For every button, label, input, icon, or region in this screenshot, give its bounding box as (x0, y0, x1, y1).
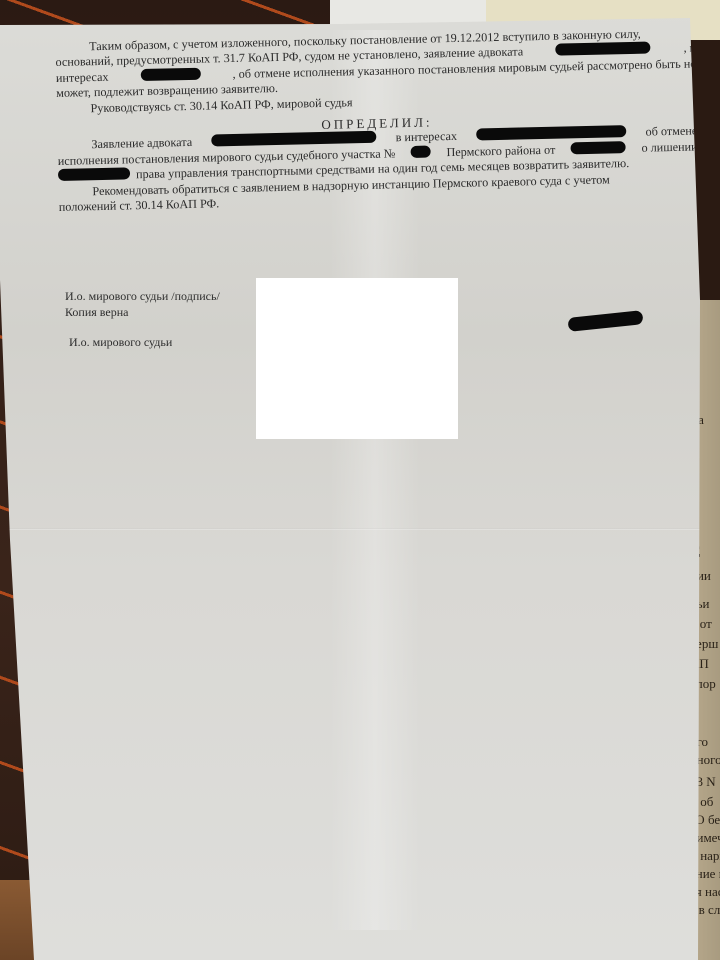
copy-certified-line: Копия верна (65, 304, 220, 320)
text: , в (683, 41, 695, 57)
document-body: Таким образом, с учетом изложенного, пос… (55, 25, 699, 215)
redaction-mark (476, 126, 626, 141)
redaction-mark (411, 145, 431, 157)
text: интересах (56, 70, 109, 87)
redaction-mark (556, 42, 651, 56)
acting-judge-line: И.о. мирового судьи (65, 334, 220, 350)
signature-block: И.о. мирового судьи /подпись/ Копия верн… (65, 288, 220, 350)
paper-fold (0, 528, 720, 530)
text: о лишении (641, 139, 697, 156)
judge-signature-line: И.о. мирового судьи /подпись/ (65, 288, 220, 304)
text: положений ст. 30.14 КоАП РФ. (59, 196, 220, 215)
redaction-mark (58, 168, 130, 182)
text: об отмене (645, 124, 697, 141)
redaction-mark (571, 141, 626, 154)
redaction-mark (140, 68, 200, 81)
document-sheet: Таким образом, с учетом изложенного, пос… (0, 0, 720, 960)
redaction-white-box (256, 278, 458, 439)
redaction-mark (211, 131, 376, 147)
redaction-mark-signature (567, 310, 643, 332)
text: в интересах (395, 129, 457, 146)
